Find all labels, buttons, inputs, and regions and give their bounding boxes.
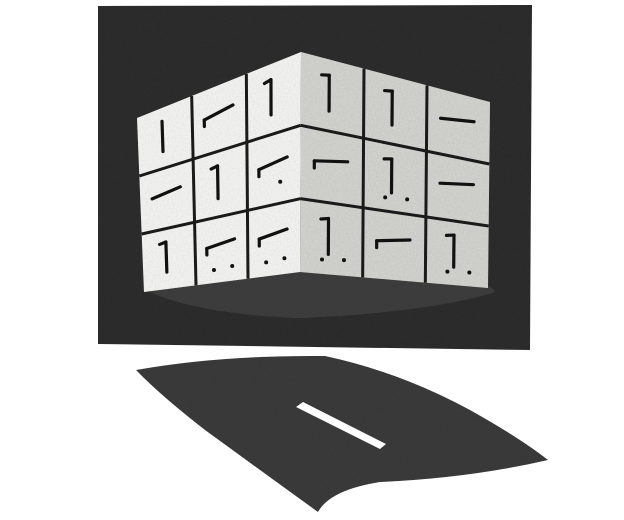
facelet-glyph-left-0-0: [162, 121, 163, 151]
mat: [136, 356, 548, 512]
mat-surface: [136, 356, 548, 512]
facelet-glyph-right-1-2: [440, 183, 473, 185]
photo-scene: [0, 0, 624, 520]
